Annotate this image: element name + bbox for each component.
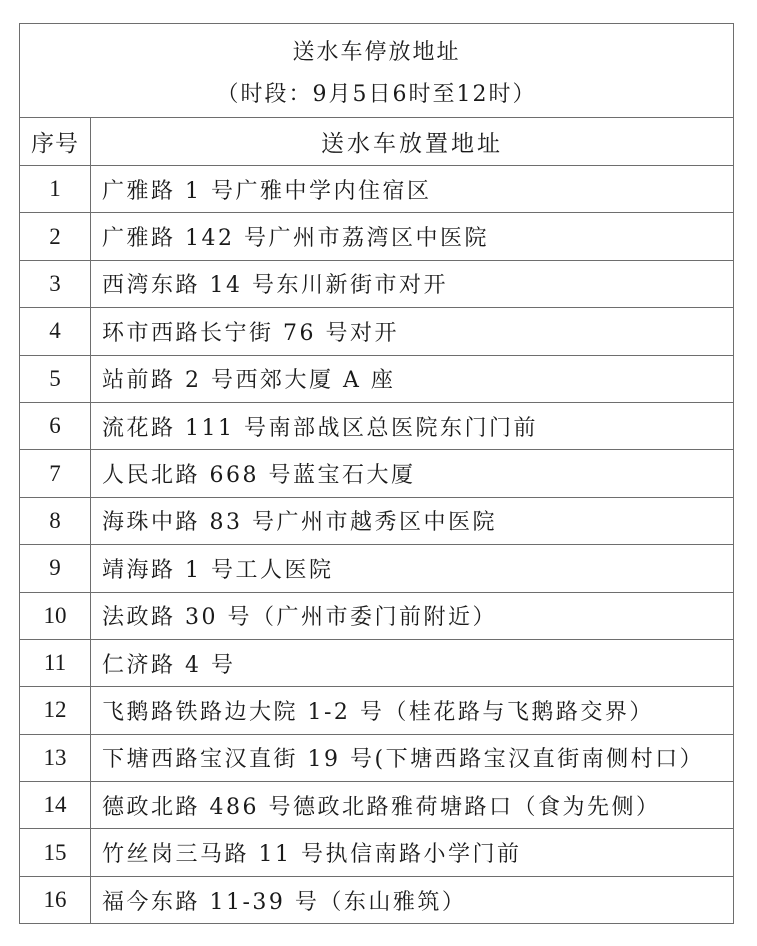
row-address: 西湾东路 14 号东川新街市对开 bbox=[91, 260, 734, 307]
column-header-row: 序号 送水车放置地址 bbox=[20, 118, 734, 166]
row-address: 广雅路 142 号广州市荔湾区中医院 bbox=[91, 213, 734, 260]
water-truck-address-table: 送水车停放地址 （时段：9月5日6时至12时） 序号 送水车放置地址 1 广雅路… bbox=[19, 23, 734, 924]
row-address: 法政路 30 号（广州市委门前附近） bbox=[91, 592, 734, 639]
row-number: 2 bbox=[20, 213, 91, 260]
row-address: 广雅路 1 号广雅中学内住宿区 bbox=[91, 166, 734, 213]
title-row: 送水车停放地址 （时段：9月5日6时至12时） bbox=[20, 24, 734, 118]
row-number: 9 bbox=[20, 545, 91, 592]
table-row: 11 仁济路 4 号 bbox=[20, 639, 734, 686]
row-number: 14 bbox=[20, 782, 91, 829]
row-address: 环市西路长宁街 76 号对开 bbox=[91, 308, 734, 355]
row-address: 仁济路 4 号 bbox=[91, 639, 734, 686]
table-row: 1 广雅路 1 号广雅中学内住宿区 bbox=[20, 166, 734, 213]
table-row: 7 人民北路 668 号蓝宝石大厦 bbox=[20, 450, 734, 497]
row-address: 流花路 111 号南部战区总医院东门门前 bbox=[91, 402, 734, 449]
row-address: 德政北路 486 号德政北路雅荷塘路口（食为先侧） bbox=[91, 782, 734, 829]
row-address: 飞鹅路铁路边大院 1-2 号（桂花路与飞鹅路交界） bbox=[91, 687, 734, 734]
row-number: 8 bbox=[20, 497, 91, 544]
document-title: 送水车停放地址 bbox=[20, 38, 733, 68]
row-address: 竹丝岗三马路 11 号执信南路小学门前 bbox=[91, 829, 734, 876]
column-header-address: 送水车放置地址 bbox=[91, 118, 734, 166]
table-row: 16 福今东路 11-39 号（东山雅筑） bbox=[20, 876, 734, 923]
row-address: 下塘西路宝汉直街 19 号(下塘西路宝汉直街南侧村口） bbox=[91, 734, 734, 781]
table-row: 12 飞鹅路铁路边大院 1-2 号（桂花路与飞鹅路交界） bbox=[20, 687, 734, 734]
row-number: 1 bbox=[20, 166, 91, 213]
table-row: 2 广雅路 142 号广州市荔湾区中医院 bbox=[20, 213, 734, 260]
row-number: 12 bbox=[20, 687, 91, 734]
table-row: 6 流花路 111 号南部战区总医院东门门前 bbox=[20, 402, 734, 449]
table-row: 5 站前路 2 号西郊大厦 A 座 bbox=[20, 355, 734, 402]
table-row: 13 下塘西路宝汉直街 19 号(下塘西路宝汉直街南侧村口） bbox=[20, 734, 734, 781]
table-row: 8 海珠中路 83 号广州市越秀区中医院 bbox=[20, 497, 734, 544]
row-number: 13 bbox=[20, 734, 91, 781]
row-number: 3 bbox=[20, 260, 91, 307]
row-number: 4 bbox=[20, 308, 91, 355]
time-period-subtitle: （时段：9月5日6时至12时） bbox=[20, 80, 733, 110]
row-number: 15 bbox=[20, 829, 91, 876]
row-number: 5 bbox=[20, 355, 91, 402]
row-number: 7 bbox=[20, 450, 91, 497]
row-number: 11 bbox=[20, 639, 91, 686]
row-address: 海珠中路 83 号广州市越秀区中医院 bbox=[91, 497, 734, 544]
table-row: 9 靖海路 1 号工人医院 bbox=[20, 545, 734, 592]
row-address: 福今东路 11-39 号（东山雅筑） bbox=[91, 876, 734, 923]
row-number: 16 bbox=[20, 876, 91, 923]
row-number: 6 bbox=[20, 402, 91, 449]
row-number: 10 bbox=[20, 592, 91, 639]
row-address: 人民北路 668 号蓝宝石大厦 bbox=[91, 450, 734, 497]
column-header-number: 序号 bbox=[20, 118, 91, 166]
table-row: 10 法政路 30 号（广州市委门前附近） bbox=[20, 592, 734, 639]
table-row: 4 环市西路长宁街 76 号对开 bbox=[20, 308, 734, 355]
table-row: 14 德政北路 486 号德政北路雅荷塘路口（食为先侧） bbox=[20, 782, 734, 829]
table-row: 3 西湾东路 14 号东川新街市对开 bbox=[20, 260, 734, 307]
row-address: 站前路 2 号西郊大厦 A 座 bbox=[91, 355, 734, 402]
table-row: 15 竹丝岗三马路 11 号执信南路小学门前 bbox=[20, 829, 734, 876]
title-cell: 送水车停放地址 （时段：9月5日6时至12时） bbox=[20, 24, 734, 118]
row-address: 靖海路 1 号工人医院 bbox=[91, 545, 734, 592]
